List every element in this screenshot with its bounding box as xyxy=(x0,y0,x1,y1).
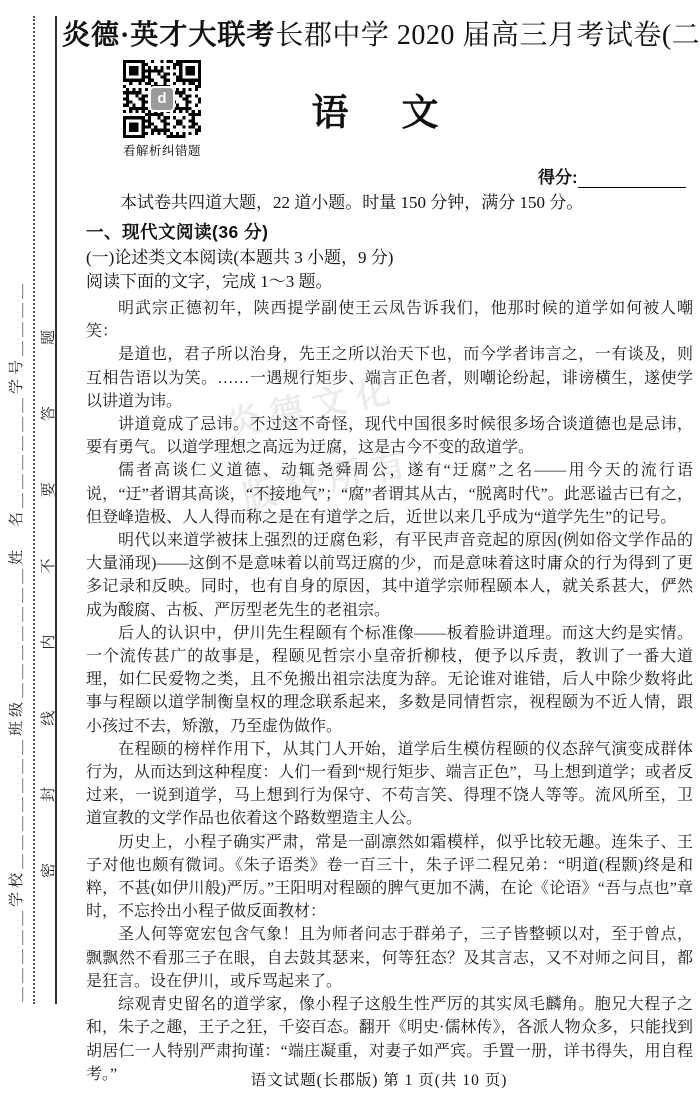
passage-paragraph: 是道也，君子所以治身，先王之所以治天下也，而今学者讳言之，一有谈及，则互相告语以… xyxy=(86,343,693,413)
subject-title: 语 文 xyxy=(62,82,696,136)
seal-dotted-line xyxy=(33,16,35,1004)
seal-student-fields: ＿＿＿＿＿学校＿＿＿＿＿＿＿班级＿＿＿＿＿＿＿姓 名＿＿＿＿＿＿学号＿＿＿＿ xyxy=(5,196,27,1002)
seal-warning-char: 要 xyxy=(37,482,55,497)
subsection-heading: (一)论述类文本阅读(本题共 3 小题，9 分) xyxy=(86,246,693,270)
brand-name: 炎德·英才大联考 xyxy=(62,20,275,51)
seal-warning-char: 线 xyxy=(37,711,55,726)
seal-warning-text: 密封线内不要答题 xyxy=(37,330,55,878)
content-area: 本试卷共四道大题，22 道小题。时量 150 分钟，满分 150 分。 一、现代… xyxy=(86,192,693,1086)
exam-paper-page: ＿＿＿＿＿学校＿＿＿＿＿＿＿班级＿＿＿＿＿＿＿姓 名＿＿＿＿＿＿学号＿＿＿＿ 密… xyxy=(0,0,700,1107)
seal-warning-char: 封 xyxy=(37,787,55,802)
passage-paragraph: 历史上，小程子确实严肃，常是一副凛然如霜模样，似乎比较无趣。连朱子、王子对他也颇… xyxy=(86,831,693,924)
seal-border-line xyxy=(55,16,57,1004)
section-heading: 一、现代文阅读(36 分) xyxy=(86,220,693,244)
reading-prompt: 阅读下面的文字，完成 1～3 题。 xyxy=(86,270,693,294)
seal-warning-char: 题 xyxy=(37,330,55,345)
seal-warning-char: 不 xyxy=(37,558,55,573)
score-blank-line xyxy=(578,170,686,188)
passage-paragraph: 明代以来道学被抹上强烈的迂腐色彩，有平民声音竞起的原因(例如俗文学作品的大量涌现… xyxy=(86,529,693,622)
exam-name: 长郡中学 2020 届高三月考试卷(二) xyxy=(275,20,700,51)
seal-warning-char: 答 xyxy=(37,406,55,421)
score-label: 得分: xyxy=(538,168,578,187)
reading-passage: 明武宗正德初年，陕西提学副使王云凤告诉我们，他那时候的道学如何被人嘲笑：是道也，… xyxy=(86,297,693,1086)
passage-paragraph: 儒者高谈仁义道德、动辄尧舜周公，遂有“迂腐”之名——用今天的流行语说，“迂”者谓… xyxy=(86,459,693,529)
seal-warning-char: 密 xyxy=(37,863,55,878)
passage-paragraph: 在程颐的榜样作用下，从其门人开始，道学后生模仿程颐的仪态辞气演变成群体行为，从而… xyxy=(86,738,693,831)
score-row: 得分: xyxy=(538,163,686,188)
paper-header: 炎德·英才大联考长郡中学 2020 届高三月考试卷(二) xyxy=(62,18,696,54)
passage-paragraph: 讲道竟成了忌讳。不过这不奇怪，现代中国很多时候很多场合谈道德也是忌讳，要有勇气。… xyxy=(86,413,693,459)
exam-instructions: 本试卷共四道大题，22 道小题。时量 150 分钟，满分 150 分。 xyxy=(86,192,693,214)
page-footer: 语文试题(长郡版) 第 1 页(共 10 页) xyxy=(62,1068,696,1090)
passage-paragraph: 明武宗正德初年，陕西提学副使王云凤告诉我们，他那时候的道学如何被人嘲笑： xyxy=(86,297,693,343)
qr-caption: 看解析纠错题 xyxy=(120,141,204,159)
passage-paragraph: 后人的认识中，伊川先生程颐有个标准像——板着脸讲道理。而这大约是实情。一个流传甚… xyxy=(86,622,693,738)
seal-warning-char: 内 xyxy=(37,635,55,650)
passage-paragraph: 圣人何等宽宏包含气象！且为师者问志于群弟子，三子皆整顿以对，至于曾点，飘飘然不看… xyxy=(86,923,693,993)
